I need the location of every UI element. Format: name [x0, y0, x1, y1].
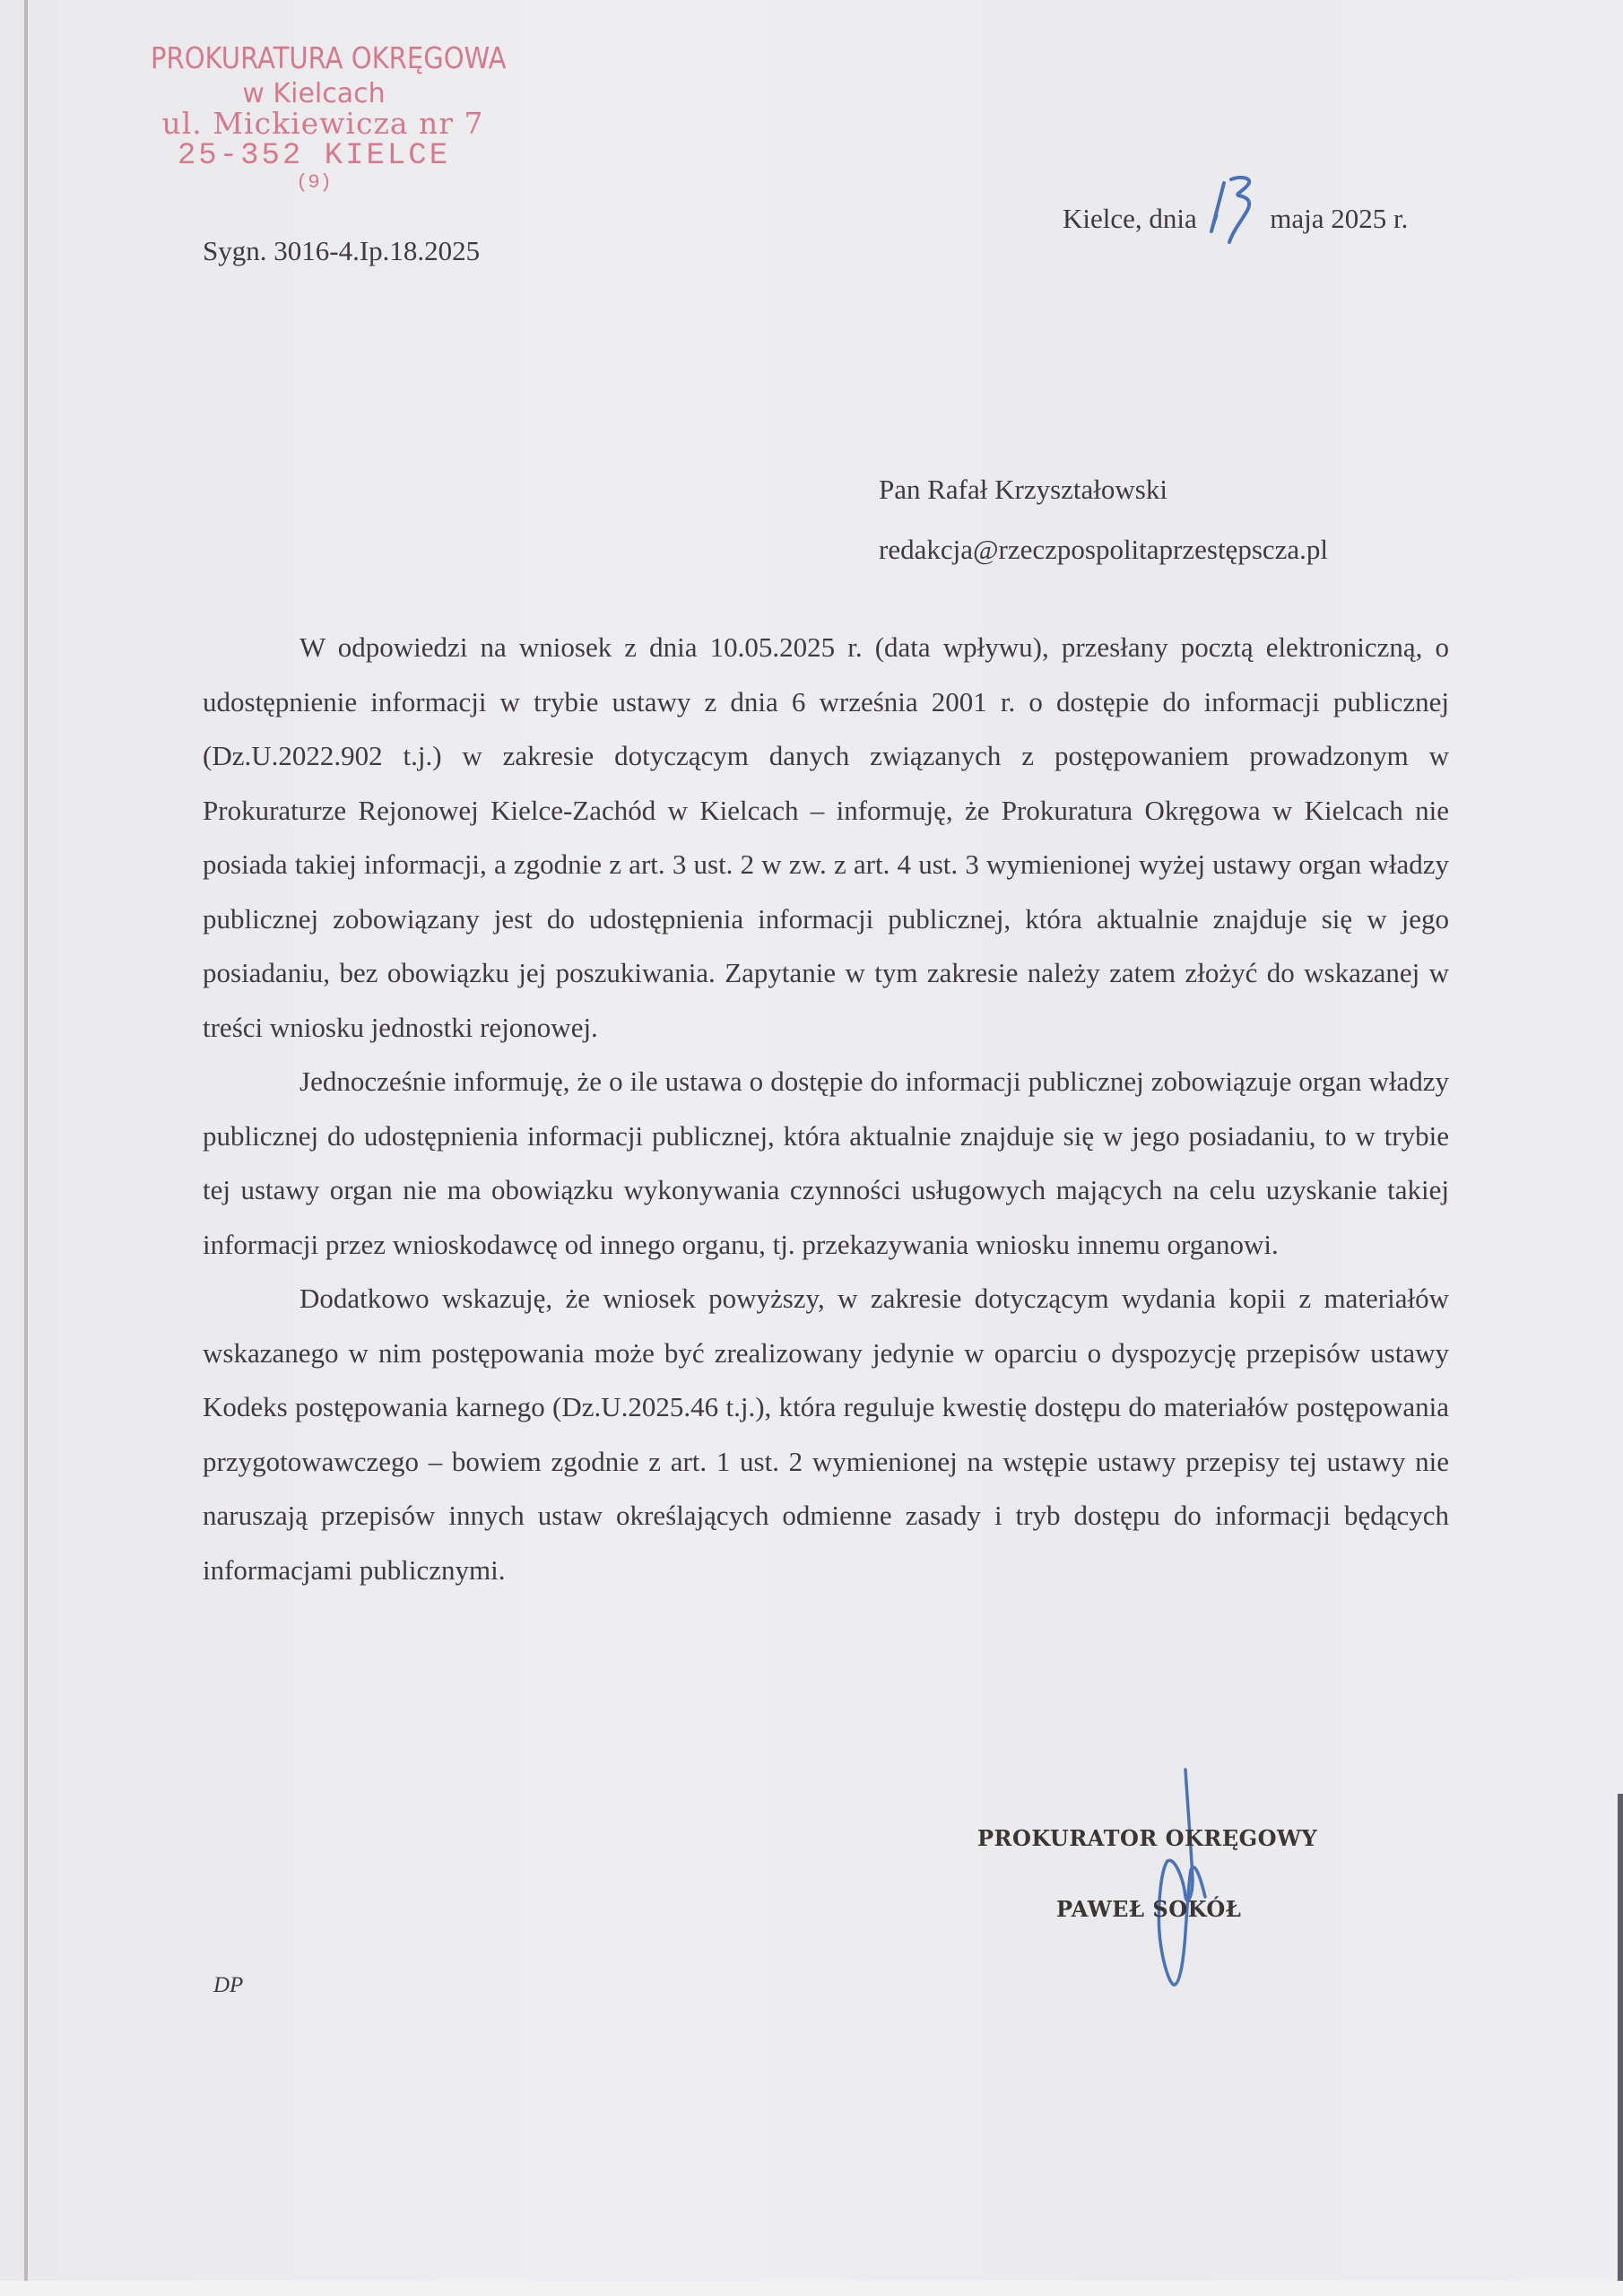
recipient-email: redakcja@rzeczpospolitaprzestępscza.pl: [879, 519, 1328, 579]
recipient-block: Pan Rafał Krzyształowski redakcja@rzeczp…: [879, 459, 1328, 579]
case-reference: Sygn. 3016-4.Ip.18.2025: [203, 235, 480, 267]
author-initials: DP: [213, 1973, 243, 1998]
office-stamp: PROKURATURA OKRĘGOWA w Kielcach ul. Mick…: [143, 41, 520, 194]
date-prefix: Kielce, dnia: [1063, 203, 1197, 234]
signatory-title: PROKURATOR OKRĘGOWY: [977, 1825, 1408, 1851]
stamp-line-street: ul. Mickiewicza nr 7: [126, 108, 520, 140]
signature-block: PROKURATOR OKRĘGOWY PAWEŁ SOKÓŁ: [977, 1825, 1408, 1922]
stamp-line-city: w Kielcach: [108, 81, 520, 108]
letter-body: W odpowiedzi na wniosek z dnia 10.05.202…: [203, 621, 1449, 1597]
handwritten-day: 13: [1204, 194, 1263, 233]
recipient-name: Pan Rafał Krzyształowski: [879, 459, 1328, 519]
paragraph-2: Jednocześnie informuję, że o ile ustawa …: [203, 1055, 1449, 1272]
stamp-line-number: (9): [108, 172, 520, 194]
stamp-line-postal: 25-352 KIELCE: [108, 140, 520, 172]
paragraph-1: W odpowiedzi na wniosek z dnia 10.05.202…: [203, 621, 1449, 1055]
scan-fold-line: [24, 0, 28, 2281]
scan-right-edge: [1618, 1794, 1623, 2281]
paragraph-3: Dodatkowo wskazuję, że wniosek powyższy,…: [203, 1272, 1449, 1597]
date-suffix: maja 2025 r.: [1270, 203, 1408, 234]
scanned-letter-page: PROKURATURA OKRĘGOWA w Kielcach ul. Mick…: [0, 0, 1623, 2281]
signatory-name: PAWEŁ SOKÓŁ: [1056, 1896, 1408, 1922]
stamp-line-institution: PROKURATURA OKRĘGOWA: [151, 41, 476, 75]
letter-date: Kielce, dnia 13 maja 2025 r.: [1063, 194, 1408, 235]
handwritten-13-icon: [1204, 174, 1263, 246]
